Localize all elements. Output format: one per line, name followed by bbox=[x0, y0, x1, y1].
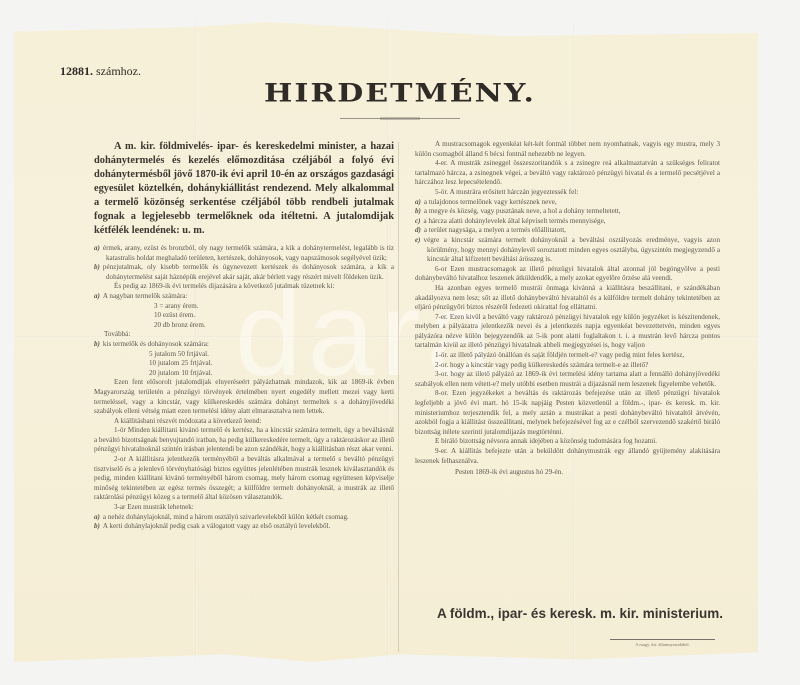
further-label: Továbbá: bbox=[94, 330, 394, 340]
reference-number-value: 12881. bbox=[60, 64, 93, 78]
label-item-b: b)a megye és község, vagy pusztának neve… bbox=[415, 207, 720, 217]
ornamental-rule bbox=[340, 118, 460, 119]
list-marker: b) bbox=[94, 522, 100, 530]
rule-3b: b)A kerti dohánylajoknál pedig csak a vá… bbox=[94, 522, 394, 532]
list-marker: a) bbox=[94, 513, 100, 521]
reference-suffix: számhoz. bbox=[96, 64, 141, 78]
list-text: A kerti dohánylajoknál pedig csak a válo… bbox=[103, 522, 330, 530]
left-column: A m. kir. földmivelés- ipar- és keresked… bbox=[94, 140, 394, 532]
list-text: pénzjutalmak, oly kisebb termelők és úgy… bbox=[103, 263, 394, 281]
list-marker: a) bbox=[94, 292, 100, 300]
rule-6-addendum: Ha azonban egyes termelő mustrái önmaga … bbox=[415, 284, 720, 313]
rule-sample-weight: A mustracsomagok egyenkéat két-két fontn… bbox=[415, 140, 720, 159]
awards-intro: És pedig az 1869-ik évi termelés dijazás… bbox=[94, 282, 394, 292]
poster-title: HIRDETMÉNY. bbox=[0, 79, 800, 109]
printer-rule bbox=[610, 639, 715, 640]
rule-9: 9-er. A kiállitás befejezte után a bekül… bbox=[415, 447, 720, 466]
list-marker: b) bbox=[94, 263, 100, 271]
rule-8: 8-or. Ezen jegyzékeket a beváltás és rak… bbox=[415, 389, 720, 437]
list-text: a nehéz dohánylajoknál, mind a három osz… bbox=[103, 513, 349, 521]
list-text: érmek, arany, ezüst és bronzból, oly nag… bbox=[103, 244, 394, 262]
list-marker: d) bbox=[415, 226, 421, 234]
reference-number: 12881. számhoz. bbox=[60, 64, 141, 79]
label-item-e: e)végre a kincstár számára termelt dohán… bbox=[415, 236, 720, 265]
list-text: végre a kincstár számára termelt dohányo… bbox=[424, 236, 720, 263]
rule-6: 6-or Ezen mustracsomagok az illető pénzü… bbox=[415, 265, 720, 284]
cash-prize-item: 5 jutalom 50 frtjával. bbox=[94, 350, 394, 360]
list-text: a megye és község, vagy pusztának neve, … bbox=[424, 207, 621, 215]
question-1: 1-ör. az illető pályázó önállóan és sajá… bbox=[415, 351, 720, 361]
list-text: a hárcza alatti dohánylevelek által képv… bbox=[424, 217, 606, 225]
list-text: a tulajdonos termelőnek vagy kertésznek … bbox=[424, 198, 557, 206]
list-text: a terület nagysága, a melyen a termés el… bbox=[424, 226, 566, 234]
column-divider bbox=[398, 142, 399, 652]
signature: A földm., ipar- és keresk. m. kir. minis… bbox=[420, 606, 740, 621]
large-producers-heading: a)A nagyban termelők számára: bbox=[94, 292, 394, 302]
printer-imprint: A magy. kir. államnyomdából. bbox=[610, 642, 715, 647]
intro-paragraph: A m. kir. földmivelés- ipar- és keresked… bbox=[94, 140, 394, 238]
list-marker: e) bbox=[415, 236, 421, 244]
award-type-b: b)pénzjutalmak, oly kisebb termelők és ú… bbox=[94, 263, 394, 282]
list-marker: a) bbox=[94, 244, 100, 252]
question-3: 3-or. hogy az illető pályázó az 1869-ik … bbox=[415, 370, 720, 389]
award-type-a: a)érmek, arany, ezüst és bronzból, oly n… bbox=[94, 244, 394, 263]
rule-7: 7-er. Ezen kivül a beváltó vagy raktároz… bbox=[415, 313, 720, 351]
rule-3: 3-ar Ezen mustrák lehetnek: bbox=[94, 503, 394, 513]
rule-1: 1-ör Minden kiállitani kivánó termelő és… bbox=[94, 426, 394, 455]
label-item-a: a)a tulajdonos termelőnek vagy kertészne… bbox=[415, 198, 720, 208]
rule-5: 5-ör. A mustrára erősitett hárczán jegye… bbox=[415, 188, 720, 198]
list-marker: c) bbox=[415, 217, 421, 225]
label-item-d: d)a terület nagysága, a melyen a termés … bbox=[415, 226, 720, 236]
list-marker: a) bbox=[415, 198, 421, 206]
cash-prize-item: 20 jutalom 10 frtjával. bbox=[94, 369, 394, 379]
small-producers-heading: b)kis termelők és dohányosok számára: bbox=[94, 340, 394, 350]
rule-4: 4-er. A mustrák zsineggel összeszoritand… bbox=[415, 159, 720, 188]
medal-item: 20 db bronz érem. bbox=[94, 321, 394, 331]
right-column: A mustracsomagok egyenkéat két-két fontn… bbox=[415, 140, 720, 478]
jury-note: E biráló bizottság névsora annak idejébe… bbox=[415, 437, 720, 447]
medal-item: 3 = arany érem. bbox=[94, 302, 394, 312]
eligibility-paragraph: Ezen fent elősorolt jutalomdijak elnyeré… bbox=[94, 378, 394, 416]
medal-item: 10 ezüst érem. bbox=[94, 311, 394, 321]
list-marker: b) bbox=[415, 207, 421, 215]
rule-3a: a)a nehéz dohánylajoknál, mind a három o… bbox=[94, 513, 394, 523]
method-intro: A kiállitásbani részvét módozata a követ… bbox=[94, 417, 394, 427]
list-text: kis termelők és dohányosok számára: bbox=[103, 340, 209, 348]
question-2: 2-or. hogy a kincstár vagy pedig külkere… bbox=[415, 361, 720, 371]
cash-prize-item: 10 jutalom 25 frtjával. bbox=[94, 359, 394, 369]
list-text: A nagyban termelők számára: bbox=[103, 292, 188, 300]
label-item-c: c)a hárcza alatti dohánylevelek által ké… bbox=[415, 217, 720, 227]
list-marker: b) bbox=[94, 340, 100, 348]
issue-date: Pesten 1869-ik évi augustus hó 29-én. bbox=[415, 468, 720, 478]
rule-2: 2-or A kiállitásra jelentkezők terményéb… bbox=[94, 455, 394, 503]
